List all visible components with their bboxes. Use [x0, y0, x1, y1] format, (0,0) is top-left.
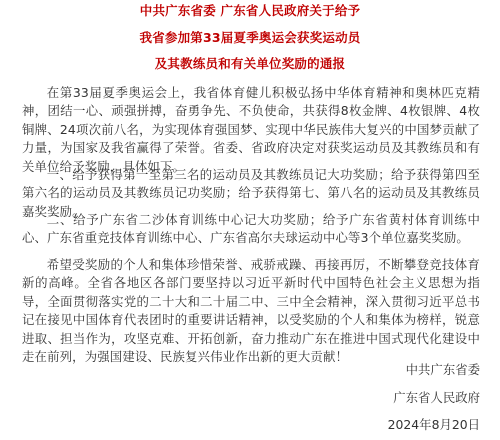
title-line-2: 我省参加第33届夏季奥运会获奖运动员 — [0, 30, 500, 46]
title-line-1: 中共广东省委 广东省人民政府关于给予 — [0, 3, 500, 19]
title-line-3: 及其教练员和有关单位奖励的通报 — [0, 56, 500, 72]
signature-date: 2024年8月20日 — [388, 417, 480, 433]
paragraph-unit-awards: 二、给予广东省二沙体育训练中心记大功奖励；给予广东省黄村体育训练中心、广东省重竞… — [22, 211, 480, 248]
notice-document: 中共广东省委 广东省人民政府关于给予 我省参加第33届夏季奥运会获奖运动员 及其… — [0, 0, 500, 440]
signature-issuer-party-committee: 中共广东省委 — [406, 362, 480, 378]
paragraph-closing: 希望受奖励的个人和集体珍惜荣誉、戒骄戒躁、再接再厉，不断攀登竞技体育新的高峰。全… — [22, 256, 480, 366]
paragraph-intro: 在第33届夏季奥运会上，我省体育健儿积极弘扬中华体育精神和奥林匹克精神，团结一心… — [22, 84, 480, 176]
signature-issuer-government: 广东省人民政府 — [393, 390, 480, 406]
